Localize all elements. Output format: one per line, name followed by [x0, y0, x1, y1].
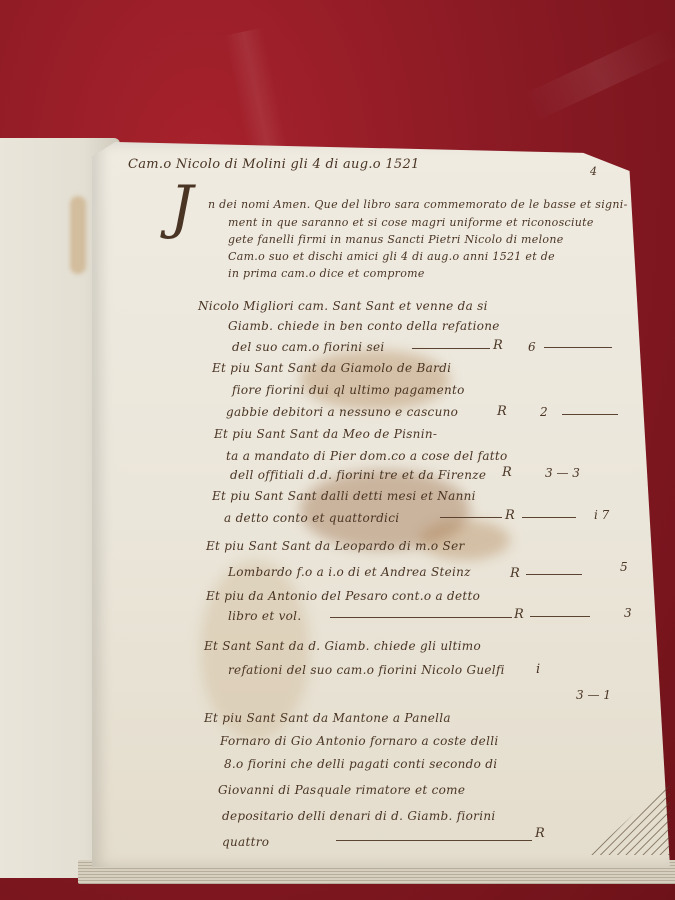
entry-line: gabbie debitori a nessuno e cascuno — [226, 406, 458, 418]
entry-line: Et piu da Antonio del Pesaro cont.o a de… — [206, 590, 480, 602]
entry-line: Et piu Sant Sant da Leopardo di m.o Ser — [206, 540, 465, 552]
entry-line: quattro — [222, 836, 269, 848]
entry-amount: 3 — [624, 606, 632, 620]
entry-mark: R — [535, 826, 545, 841]
entry-line: Et piu Sant Sant dalli detti mesi et Nan… — [212, 490, 476, 502]
amount-rule — [562, 414, 618, 415]
entry-mark: R — [497, 404, 507, 419]
entry-line: libro et vol. — [228, 610, 301, 622]
entry-amount: i 7 — [594, 508, 609, 522]
entry-line: Fornaro di Gio Antonio fornaro a coste d… — [220, 735, 499, 747]
intro-line: Cam.o suo et dischi amici gli 4 di aug.o… — [228, 251, 555, 262]
entry-amount: 2 — [540, 405, 548, 419]
entry-line: ta a mandato di Pier dom.co a cose del f… — [226, 450, 508, 462]
fabric-fold — [521, 28, 675, 123]
entry-mark: i — [536, 662, 540, 677]
page-number: 4 — [590, 166, 597, 177]
entry-rule — [330, 617, 512, 618]
entry-line: a detto conto et quattordici — [224, 512, 399, 524]
entry-amount: 6 — [528, 340, 536, 354]
entry-line: refationi del suo cam.o fiorini Nicolo G… — [228, 664, 505, 676]
entry-line: Et piu Sant Sant da Giamolo de Bardi — [212, 362, 451, 374]
entry-amount: 3 — 3 — [545, 466, 580, 480]
entry-mark: R — [514, 607, 524, 622]
intro-line: ment in que saranno et si cose magri uni… — [228, 217, 594, 228]
amount-rule — [522, 517, 576, 518]
entry-line: 8.o fiorini che delli pagati conti secon… — [224, 758, 497, 770]
entry-line: Giamb. chiede in ben conto della refatio… — [228, 320, 500, 332]
entry-mark: R — [502, 465, 512, 480]
entry-line: Lombardo f.o a i.o di et Andrea Steinz — [228, 566, 471, 578]
amount-rule — [544, 347, 612, 348]
entry-line: fiore fiorini dui ql ultimo pagamento — [232, 384, 465, 396]
intro-line: in prima cam.o dice et comprome — [228, 268, 425, 279]
entry-mark: R — [510, 566, 520, 581]
amount-rule — [526, 574, 582, 575]
entry-line: dell offitiali d.d. fiorini tre et da Fi… — [230, 469, 486, 481]
water-stain — [70, 196, 86, 274]
entry-line: Et piu Sant Sant da Mantone a Panella — [204, 712, 451, 724]
entry-line: del suo cam.o fiorini sei — [232, 341, 385, 353]
entry-line: Et piu Sant Sant da Meo de Pisnin- — [214, 428, 437, 440]
amount-rule — [530, 616, 590, 617]
entry-mark: R — [493, 338, 503, 353]
manuscript-header: Cam.o Nicolo di Molini gli 4 di aug.o 15… — [128, 158, 420, 171]
entry-amount: 5 — [620, 560, 628, 574]
entry-amount: 3 — 1 — [576, 688, 611, 702]
entry-line: Giovanni di Pasquale rimatore et come — [218, 784, 465, 796]
entry-line: Et Sant Sant da d. Giamb. chiede gli ult… — [204, 640, 481, 652]
intro-line: n dei nomi Amen. Que del libro sara comm… — [208, 199, 628, 210]
entry-mark: R — [505, 508, 515, 523]
entry-line: Nicolo Migliori cam. Sant Sant et venne … — [198, 300, 488, 312]
water-stain — [300, 350, 450, 410]
entry-rule — [336, 840, 532, 841]
entry-rule — [440, 517, 502, 518]
decorated-initial: J — [170, 178, 193, 236]
entry-line: depositario delli denari di d. Giamb. fi… — [222, 810, 496, 822]
intro-line: gete fanelli firmi in manus Sancti Pietr… — [228, 234, 564, 245]
entry-rule — [412, 348, 490, 349]
